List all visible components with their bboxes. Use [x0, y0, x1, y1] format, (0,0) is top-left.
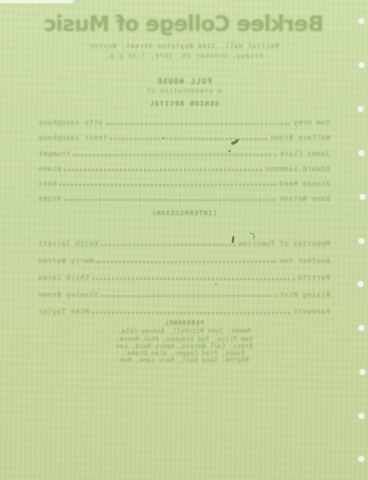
dot-leader	[92, 312, 290, 314]
venue-line-mirrored: Recital Hall, 1140 Boylston Street, Bost…	[0, 42, 368, 50]
composer-name: Stanley Brown	[38, 291, 98, 299]
piece-title: Partita	[298, 274, 330, 282]
piece-title: Another You	[279, 257, 330, 265]
composer-name: Harry Warren	[38, 257, 93, 265]
dot-leader	[101, 295, 276, 297]
program-heading-2: a presentation of	[0, 87, 368, 95]
dot-leader	[64, 169, 262, 171]
piece-title: Rising Mist	[279, 291, 330, 299]
dot-leader	[59, 184, 276, 186]
credits-line: Reeds: John Mitchell, Andrew Cole,	[0, 328, 368, 335]
ink-speck	[215, 283, 217, 285]
program-heading-3: SENIOR RECITAL	[0, 100, 368, 108]
college-title-mirrored: Berklee College of Music	[0, 12, 368, 36]
piece-title: Memories of Tomorrow	[238, 240, 330, 248]
datetime-line-mirrored: Friday, October 29, 1976, 7:30 p.m.	[0, 52, 368, 60]
performer-name: Alonzo Reed	[279, 180, 330, 188]
instrument-label: drums	[38, 195, 61, 203]
program-row: Rising Mist Stanley Brown	[38, 282, 330, 299]
program-row: Edward Simmons piano	[38, 158, 330, 173]
instrument-label: tenor saxophone	[38, 134, 107, 142]
credits-title: PERSONNEL	[0, 320, 368, 327]
credits-line: Sam Price, Ted Grayson, Phil Moore,	[0, 336, 368, 343]
personnel-credits-block: PERSONNEL Reeds: John Mitchell, Andrew C…	[0, 320, 368, 365]
program-row: Another You Harry Warren	[38, 248, 330, 265]
composer-name: Mike Taylor	[38, 308, 89, 316]
show-through-content: Berklee College of Music Recital Hall, 1…	[0, 0, 368, 480]
program-row: Memories of Tomorrow Keith Jarrett	[38, 231, 330, 248]
performer-name: Tom Grey	[293, 119, 330, 127]
program-section-a: Tom Grey alto saxophone Wallace Brown te…	[38, 112, 330, 203]
dot-leader	[110, 138, 267, 140]
dot-leader	[96, 261, 276, 263]
instrument-label: trumpet	[38, 150, 70, 158]
composer-name: Chick Corea	[38, 274, 89, 282]
green-paper-page: Berklee College of Music Recital Hall, 1…	[0, 0, 368, 480]
program-section-b: Memories of Tomorrow Keith Jarrett Anoth…	[38, 231, 330, 316]
scanned-document: { "document": { "kind_note": "back side …	[0, 0, 368, 480]
credits-line: Rhythm: Gene Hall, Marc Lane, Rob	[0, 357, 368, 364]
instrument-label: piano	[38, 165, 61, 173]
composer-name: Keith Jarrett	[38, 240, 98, 248]
program-row: Alonzo Reed bass	[38, 173, 330, 188]
credits-line: Evans, Fred Cooper, Alan Drake,	[0, 350, 368, 357]
dot-leader	[106, 123, 290, 125]
ink-speck	[162, 137, 165, 139]
program-heading-1: FULL HOUSE	[0, 77, 368, 86]
dot-leader	[73, 154, 276, 156]
program-row: Farewell Mike Taylor	[38, 299, 330, 316]
program-row: Tom Grey alto saxophone	[38, 112, 330, 127]
program-row: James Clark trumpet	[38, 142, 330, 157]
program-row: Dave Nelson drums	[38, 188, 330, 203]
ink-speck	[236, 139, 239, 141]
performer-name: Wallace Brown	[270, 134, 330, 142]
program-row: Partita Chick Corea	[38, 265, 330, 282]
performer-name: Edward Simmons	[265, 165, 330, 173]
ink-speck	[228, 150, 231, 152]
dot-leader	[101, 244, 235, 246]
intermission-divider: (INTERMISSION)	[0, 209, 368, 217]
performer-name: Dave Nelson	[279, 195, 330, 203]
instrument-label: bass	[38, 180, 56, 188]
program-row: Wallace Brown tenor saxophone	[38, 127, 330, 142]
instrument-label: alto saxophone	[38, 119, 103, 127]
dot-leader	[92, 278, 295, 280]
dot-leader	[64, 199, 276, 201]
performer-name: James Clark	[279, 150, 330, 158]
credits-line: Brass: Carl Watson, Henry Reid, Lou	[0, 343, 368, 350]
piece-title: Farewell	[293, 308, 330, 316]
